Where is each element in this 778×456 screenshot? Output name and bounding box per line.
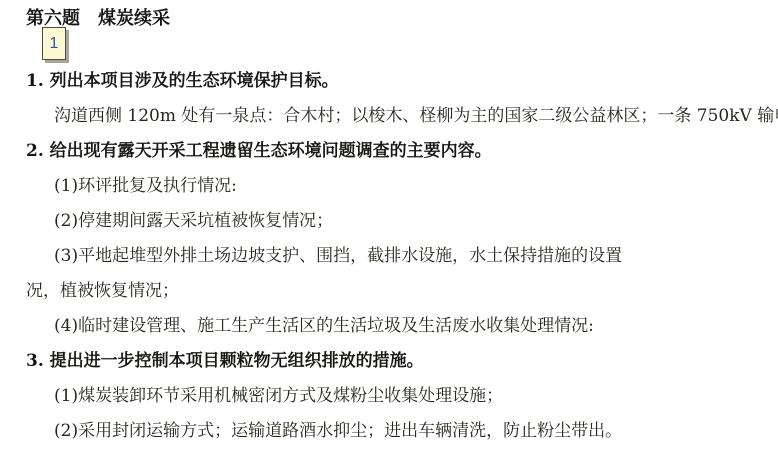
- answer-2-item-3: (3)平地起堆型外排土场边坡支护、围挡，截排水设施，水土保持措施的设置: [26, 239, 768, 274]
- answer-2-item-1: (1)环评批复及执行情况:: [26, 169, 768, 204]
- answer-3-item-1: (1)煤炭装卸环节采用机械密闭方式及煤粉尘收集处理设施；: [26, 379, 768, 414]
- answer-3-item-2: (2)采用封闭运输方式；运输道路酒水抑尘；进出车辆清洗，防止粉尘带出。: [26, 414, 768, 449]
- annotation-marker-1[interactable]: 1: [42, 27, 66, 60]
- question-2-heading: 2. 给出现有露天开采工程遗留生态环境问题调查的主要内容。: [26, 134, 768, 169]
- answer-2-item-2: (2)停建期间露天采坑植被恢复情况；: [26, 204, 768, 239]
- page-title: 第六题 煤炭续采: [26, 6, 768, 32]
- question-1-heading: 1. 列出本项目涉及的生态环境保护目标。: [26, 64, 768, 99]
- answer-2-item-4: (4)临时建设管理、施工生产生活区的生活垃圾及生活废水收集处理情况:: [26, 309, 768, 344]
- answer-1-text: 沟道西侧 120m 处有一泉点：合木村；以梭木、柽柳为主的国家二级公益林区；一条…: [26, 99, 768, 134]
- answer-2-item-3-wrap: 况，植被恢复情况；: [26, 274, 768, 309]
- document-page: 第六题 煤炭续采 1 1. 列出本项目涉及的生态环境保护目标。 沟道西侧 120…: [0, 0, 778, 456]
- question-3-heading: 3. 提出进一步控制本项目颗粒物无组织排放的措施。: [26, 344, 768, 379]
